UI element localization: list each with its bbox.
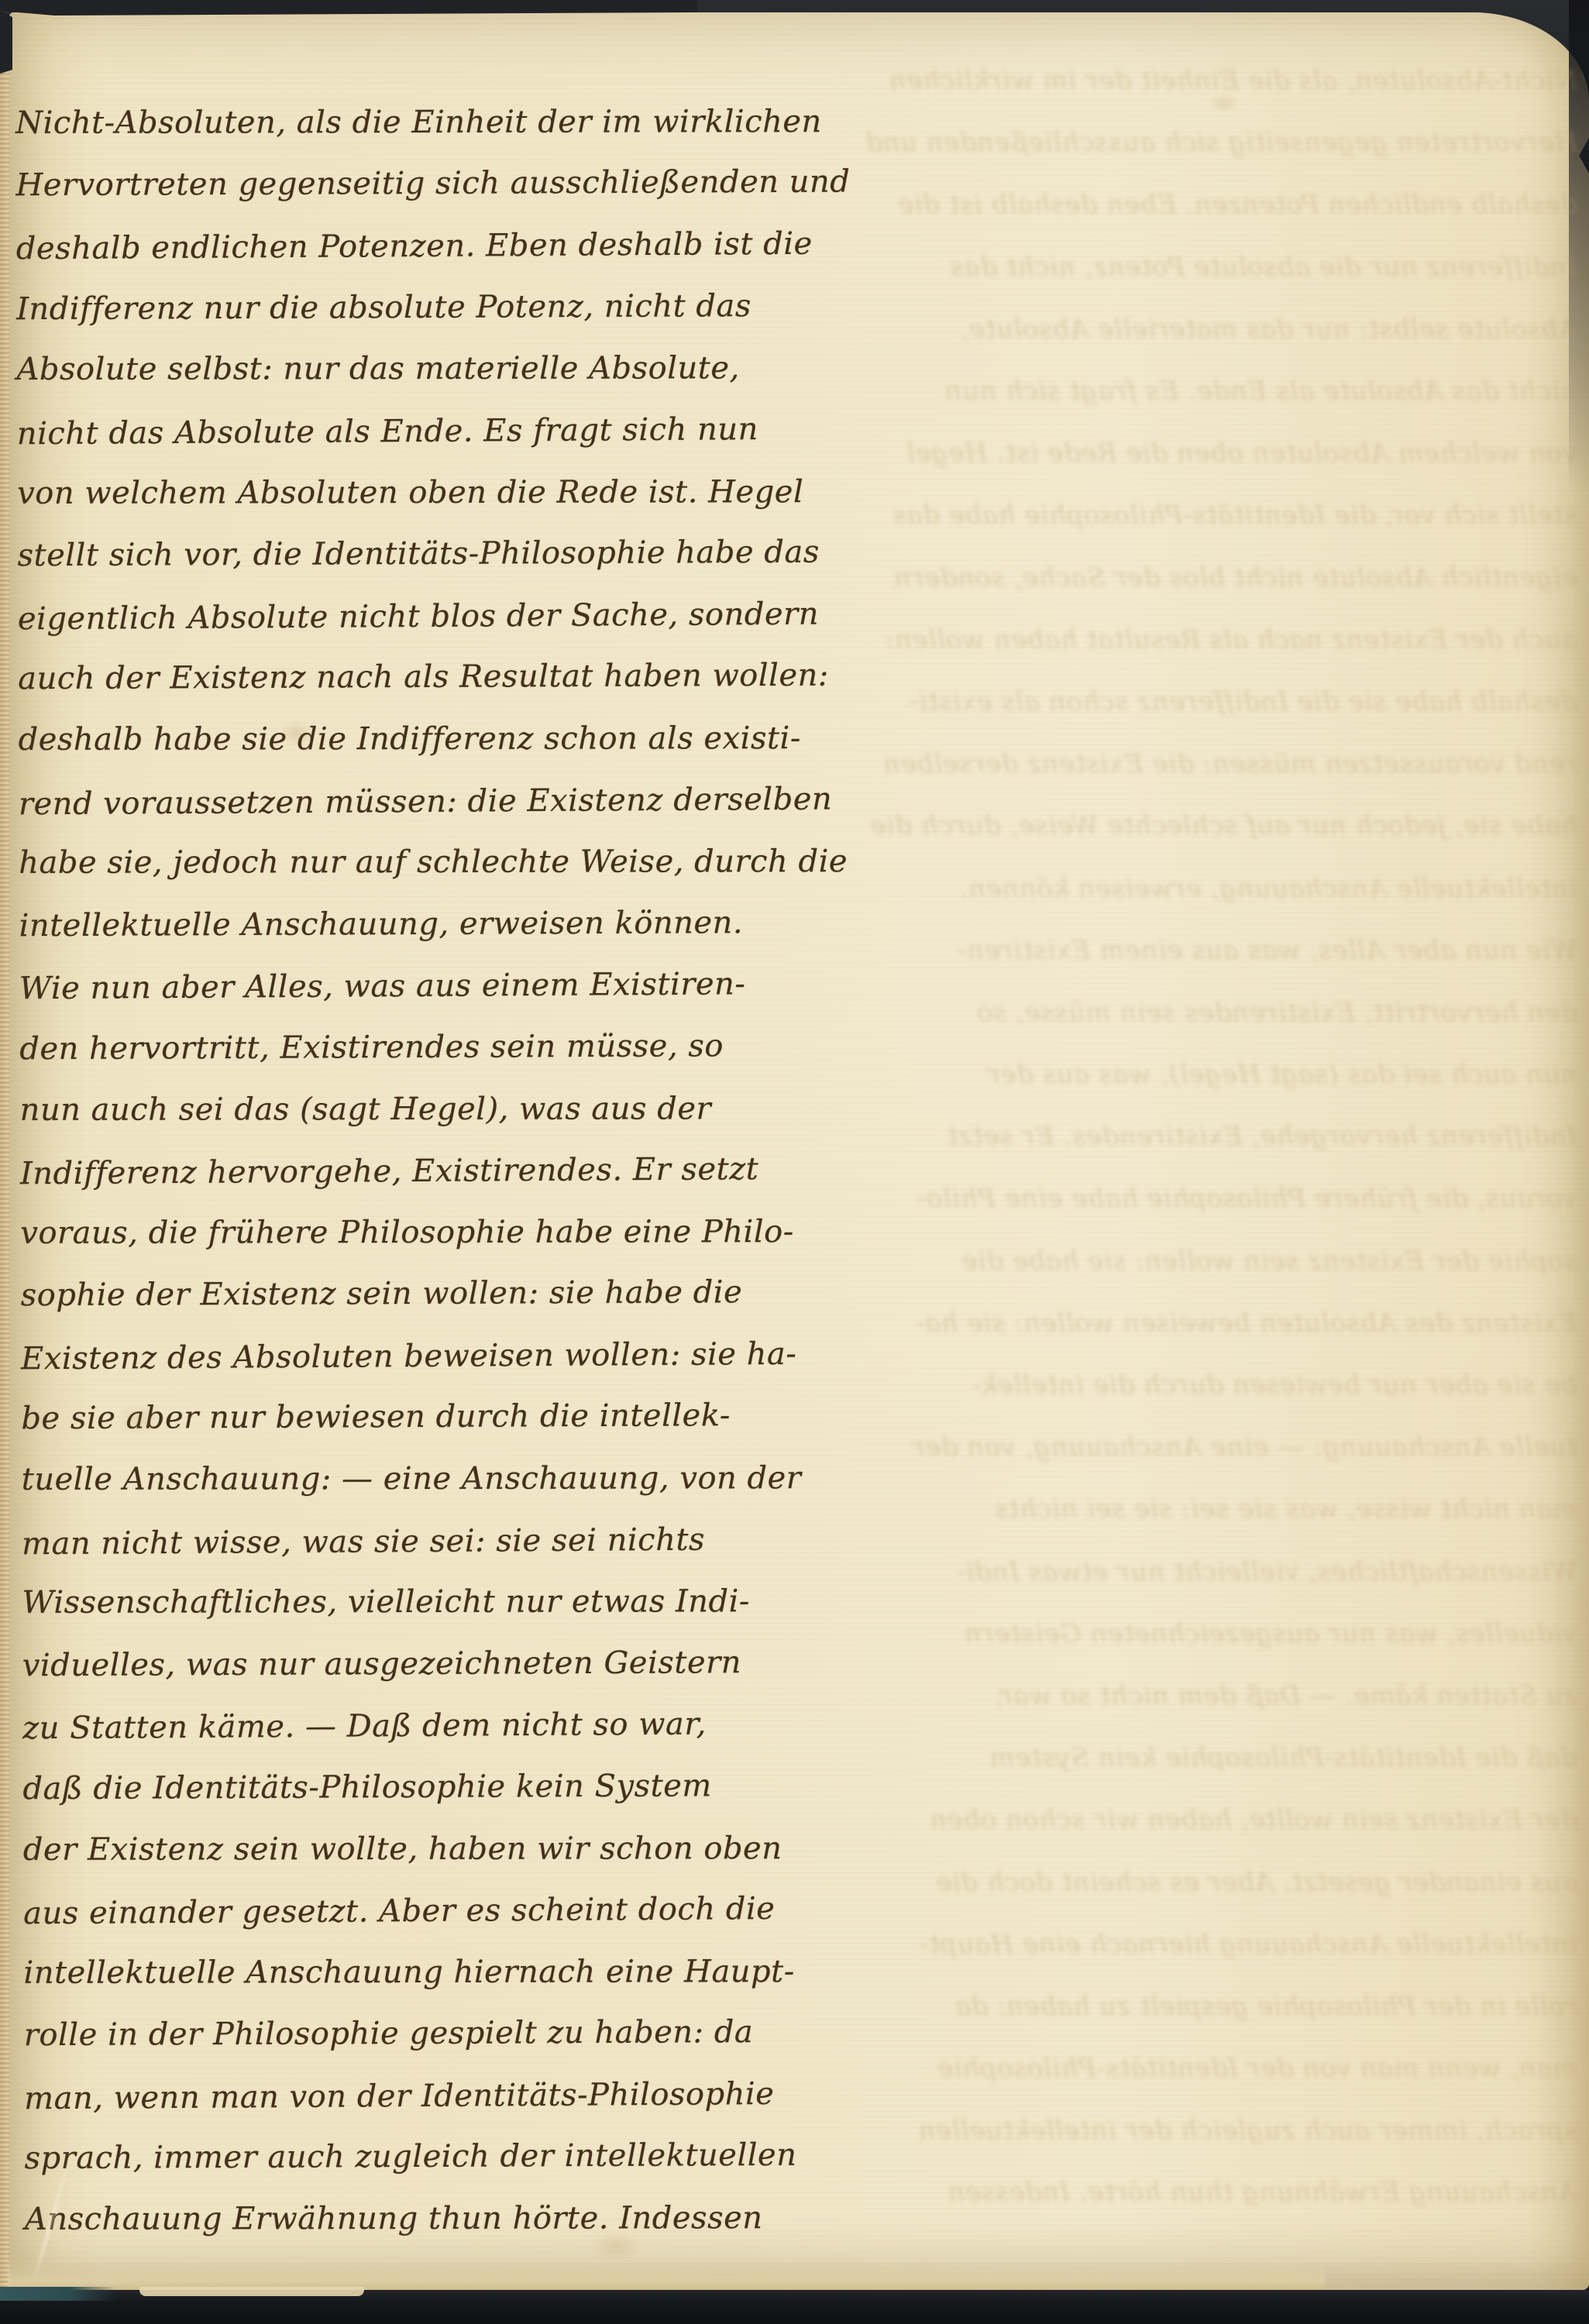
text-line-21: Existenz des Absoluten beweisen wollen: … (21, 1323, 811, 1390)
torn-bottom-edge (139, 2287, 364, 2296)
text-line-8: stellt sich vor, die Identitäts-Philosop… (17, 521, 807, 586)
text-line-11: deshalb habe sie die Indifferenz schon a… (19, 707, 809, 770)
text-line-4: Indifferenz nur die absolute Potenz, nic… (16, 275, 807, 340)
text-line-13: habe sie, jedoch nur auf schlechte Weise… (19, 830, 809, 893)
text-line-35: Anschauung Erwähnung thun hörte. Indesse… (25, 2187, 815, 2250)
text-line-5: Absolute selbst: nur das materielle Abso… (16, 337, 807, 400)
binding-cloth (0, 2287, 116, 2301)
text-line-2: Hervortreten gegenseitig sich ausschließ… (15, 151, 806, 216)
text-line-3: deshalb endlichen Potenzen. Eben deshalb… (16, 213, 807, 280)
text-line-18: Indifferenz hervorgehe, Existirendes. Er… (20, 1138, 810, 1205)
text-line-25: Wissenschaftliches, vielleicht nur etwas… (22, 1570, 812, 1633)
text-line-20: sophie der Existenz sein wollen: sie hab… (21, 1261, 811, 1326)
text-line-6: nicht das Absolute als Ende. Es fragt si… (17, 398, 807, 465)
text-line-1: Nicht-Absoluten, als die Einheit der im … (15, 91, 806, 153)
text-line-28: daß die Identitäts-Philosophie kein Syst… (22, 1755, 813, 1820)
text-line-34: sprach, immer auch zugleich der intellek… (24, 2124, 814, 2189)
text-line-16: den hervortritt, Existirendes sein müsse… (19, 1015, 810, 1080)
text-line-29: der Existenz sein wollte, haben wir scho… (23, 1817, 813, 1880)
manuscript-text: Nicht-Absoluten, als die Einheit der im … (15, 90, 815, 2251)
text-line-17: nun auch sei das (sagt Hegel), was aus d… (20, 1078, 810, 1140)
photographed-manuscript: Nicht-Absoluten, als die Einheit der im … (0, 0, 1589, 2324)
text-line-26: viduelles, was nur ausgezeichneten Geist… (22, 1631, 813, 1697)
text-line-12: rend voraussetzen müssen: die Existenz d… (19, 768, 809, 834)
text-line-10: auch der Existenz nach als Resultat habe… (18, 645, 808, 710)
text-line-24: man nicht wisse, was sie sei: sie sei ni… (22, 1508, 812, 1574)
text-line-27: zu Statten käme. — Daß dem nicht so war, (22, 1693, 813, 1759)
text-line-9: eigentlich Absolute nicht blos der Sache… (18, 583, 808, 649)
text-line-23: tuelle Anschauung: — eine Anschauung, vo… (22, 1447, 812, 1510)
text-line-30: aus einander gesetzt. Aber es scheint do… (23, 1878, 813, 1944)
text-line-7: von welchem Absoluten oben die Rede ist.… (17, 461, 807, 524)
text-line-31: intellektuelle Anschauung hiernach eine … (23, 1941, 813, 2003)
text-line-33: man, wenn man von der Identitäts-Philoso… (24, 2063, 814, 2130)
underlying-page-edge (8, 2260, 1325, 2290)
text-line-22: be sie aber nur bewiesen durch die intel… (21, 1384, 811, 1449)
text-line-19: voraus, die frühere Philosophie habe ein… (20, 1201, 810, 1263)
text-line-15: Wie nun aber Alles, was aus einem Existi… (19, 953, 810, 1019)
text-line-14: intellektuelle Anschauung, erweisen könn… (19, 891, 809, 956)
right-edge-shadow (1569, 0, 1589, 496)
text-line-32: rolle in der Philosophie gespielt zu hab… (24, 2001, 814, 2066)
